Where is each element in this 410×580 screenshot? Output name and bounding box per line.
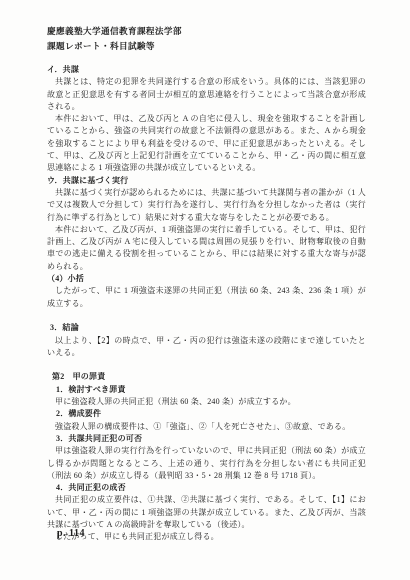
body-paragraph: 強盗殺人罪の構成要件は、①「強盗」、②「人を死亡させた」、③故意、である。 <box>47 421 366 433</box>
document-header: 慶應義塾大学通信教育課程法学部 課題レポート・科目試験等 <box>47 24 366 54</box>
num-heading: 2．構成要件 <box>56 408 366 420</box>
kana-heading: （4）小括 <box>47 273 366 285</box>
num-heading: 3．共謀共同正犯の可否 <box>56 433 366 445</box>
body-paragraph: 本件において、乙及び丙が、1 項強盗罪の実行に着手している。そして、甲は、犯行計… <box>47 224 366 273</box>
kana-heading: ウ．共謀に基づく実行 <box>47 175 366 187</box>
body-paragraph: 共謀に基づく実行が認められるためには、共謀に基づいて共謀関与者の誰かが（1 人で… <box>47 187 366 224</box>
body-paragraph: したがって、甲にも共同正犯が成立し得る。 <box>47 531 366 543</box>
body-paragraph: 以上より、【2】の時点で、甲・乙・丙の犯行は強盗未遂の段階にまで達していたといえ… <box>47 335 366 360</box>
body-paragraph: 甲は強盗殺人罪の実行行為を行っていないので、甲に共同正犯（刑法 60 条）が成立… <box>47 445 366 482</box>
page-number: p. 114 <box>57 528 85 539</box>
body-paragraph: 甲に強盗殺人罪の共同正犯（刑法 60 条、240 条）が成立するか。 <box>47 396 366 408</box>
body-paragraph: 共同正犯の成立要件は、①共謀、②共謀に基づく実行、である。そして、【1】において… <box>47 494 366 531</box>
chapter-heading: 第2 甲の罪責 <box>52 371 366 383</box>
document-body: イ．共謀共謀とは、特定の犯罪を共同遂行する合意の形成をいう。具体的には、当該犯罪… <box>47 64 366 544</box>
body-paragraph: したがって、甲に 1 項強盗未遂罪の共同正犯（刑法 60 条、243 条、236… <box>47 285 366 310</box>
document-page: 慶應義塾大学通信教育課程法学部 課題レポート・科目試験等 イ．共謀共謀とは、特定… <box>0 0 410 580</box>
conclusion-heading: 3．結論 <box>50 322 366 334</box>
num-heading: 1．検討すべき罪責 <box>56 384 366 396</box>
num-heading: 4．共同正犯の成否 <box>56 482 366 494</box>
header-institution: 慶應義塾大学通信教育課程法学部 <box>47 24 366 39</box>
body-paragraph: 共謀とは、特定の犯罪を共同遂行する合意の形成をいう。具体的には、当該犯罪の故意と… <box>47 76 366 113</box>
body-paragraph: 本件において、甲は、乙及び丙と A の自宅に侵入し、現金を強取することを計画して… <box>47 113 366 174</box>
kana-heading: イ．共謀 <box>47 64 366 76</box>
header-category: 課題レポート・科目試験等 <box>47 39 366 54</box>
